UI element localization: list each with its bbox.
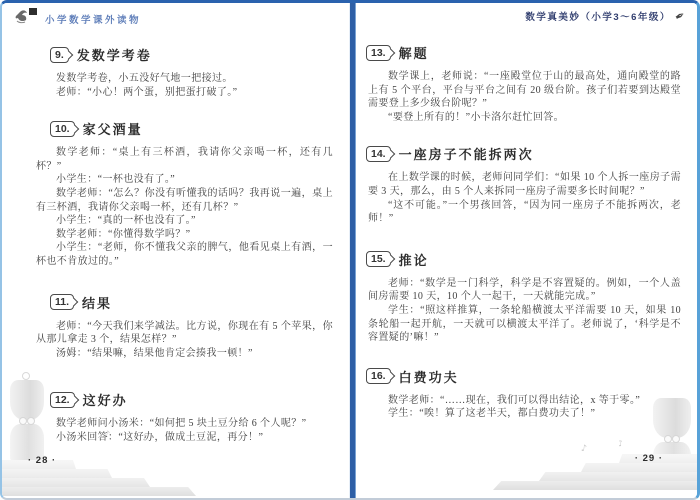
section-10: 10. 家父酒量 数学老师：“桌上有三杯酒，我请你父亲喝一杯，还有几杯？” 小学… [36,119,333,268]
section-heading: 9. 发数学考卷 [50,45,333,64]
section-number-badge: 14. [366,146,391,162]
bird-icon [14,8,40,30]
section-title: 这好办 [83,390,128,409]
music-note-decoration: ♪ [581,444,588,455]
pen-icon: ✒ [672,7,688,24]
section-title: 结果 [82,293,112,312]
paragraph: 数学课上，老师说：“一座殿堂位于山的最高处，通向殿堂的路上有 5 个平台，平台与… [368,70,681,111]
section-13: 13. 解题 数学课上，老师说：“一座殿堂位于山的最高处，通向殿堂的路上有 5 … [368,43,681,124]
section-number-badge: 10. [50,121,75,137]
paragraph: 小学生：“真的一杯也没有了。” [36,214,333,228]
paragraph: 学生：“照这样推算，一条轮船横渡太平洋需要 10 天，如果 10 条轮船一起开航… [368,304,681,345]
page-left: ♪ ♪ 小学数学课外读物 9. 发数学考卷 发数学考卷，小五没好气地一把接过。 … [2,3,349,498]
book-spread: ♪ ♪ 小学数学课外读物 9. 发数学考卷 发数学考卷，小五没好气地一把接过。 … [0,0,700,500]
section-11: 11. 结果 老师：“今天我们来学减法。比方说，你现在有 5 个苹果，你从那儿拿… [36,293,333,361]
paragraph: 老师：“数学是一门科学，科学是不容置疑的。例如，一个人盖间房需要 10 天，10… [368,277,681,304]
page-right: ♪ ♪ 数学真美妙（小学3～6年级） ✒ 13. 解题 数学课上，老师说：“一座… [356,3,697,498]
page-header-right: 数学真美妙（小学3～6年级） ✒ [525,9,685,23]
curtain-bow [664,435,680,444]
paragraph: 数学老师问小汤米：“如何把 5 块土豆分给 6 个人呢？” [36,417,333,431]
paragraph: 在上数学课的时候，老师问同学们：“如果 10 个人拆一座房子需要 3 天，那么，… [368,171,681,198]
steps-decoration-right [489,444,697,490]
book-title: 数学真美妙（小学3～6年级） [525,9,671,23]
section-heading: 14. 一座房子不能拆两次 [366,144,681,163]
paragraph: 老师：“今天我们来学减法。比方说，你现在有 5 个苹果，你从那儿拿走 3 个，结… [36,320,333,347]
paragraph: 老师：“小心！两个蛋，别把蛋打破了。” [36,86,333,100]
music-note-decoration: ♪ [617,439,624,449]
section-heading: 12. 这好办 [50,390,333,409]
paragraph: 小学生：“一杯也没有了。” [36,173,333,187]
curtain-bow [19,417,35,426]
section-number-badge: 11. [50,294,74,310]
section-title: 发数学考卷 [77,45,152,64]
paragraph: 数学老师：“……现在，我们可以得出结论，x 等于零。” [368,394,681,408]
section-heading: 13. 解题 [366,43,681,62]
section-16: 16. 白费功夫 数学老师：“……现在，我们可以得出结论，x 等于零。” 学生：… [368,367,681,421]
page-header-left: 小学数学课外读物 [14,8,141,30]
paragraph: “要登上所有的！”小卡洛尔赶忙回答。 [368,111,681,125]
section-number-badge: 9. [50,47,69,63]
page-number-right: · 29 · [635,453,663,464]
book-series-title: 小学数学课外读物 [45,12,141,26]
section-15: 15. 推论 老师：“数学是一门科学，科学是不容置疑的。例如，一个人盖间房需要 … [368,250,681,345]
section-14: 14. 一座房子不能拆两次 在上数学课的时候，老师问同学们：“如果 10 个人拆… [368,144,681,225]
paragraph: 数学老师：“怎么？你没有听懂我的话吗？我再说一遍，桌上有三杯酒，我请你父亲喝一杯… [36,187,333,214]
section-title: 解题 [399,43,429,62]
section-number-badge: 16. [366,368,391,384]
page-number-left: · 28 · [28,455,56,466]
section-heading: 10. 家父酒量 [50,119,333,138]
paragraph: 学生：“唉！算了这老半天，都白费功夫了！” [368,407,681,421]
paragraph: 小学生：“老师，你不懂我父亲的脾气，他看见桌上有酒，一杯也不肯放过的。” [36,241,333,268]
section-number-badge: 12. [50,392,75,408]
paragraph: “这不可能。”一个男孩回答，“因为同一座房子不能拆两次，老师！” [368,199,681,226]
section-number-badge: 13. [366,45,391,61]
section-12: 12. 这好办 数学老师问小汤米：“如何把 5 块土豆分给 6 个人呢？” 小汤… [36,390,333,444]
section-title: 家父酒量 [83,119,143,138]
section-9: 9. 发数学考卷 发数学考卷，小五没好气地一把接过。 老师：“小心！两个蛋，别把… [36,45,333,99]
section-heading: 11. 结果 [50,293,333,312]
section-number-badge: 15. [366,251,391,267]
section-heading: 15. 推论 [366,250,681,269]
section-title: 推论 [399,250,429,269]
paragraph: 发数学考卷，小五没好气地一把接过。 [36,72,333,86]
paragraph: 数学老师：“桌上有三杯酒，我请你父亲喝一杯，还有几杯？” [36,146,333,173]
section-title: 一座房子不能拆两次 [399,144,534,163]
paragraph: 数学老师：“你懂得数学吗？” [36,228,333,242]
section-title: 白费功夫 [399,367,459,386]
paragraph: 汤姆：“结果嘛，结果他肯定会揍我一顿！” [36,347,333,361]
page-divider [349,3,356,498]
section-heading: 16. 白费功夫 [366,367,681,386]
paragraph: 小汤米回答：“这好办，做成土豆泥，再分！” [36,431,333,445]
